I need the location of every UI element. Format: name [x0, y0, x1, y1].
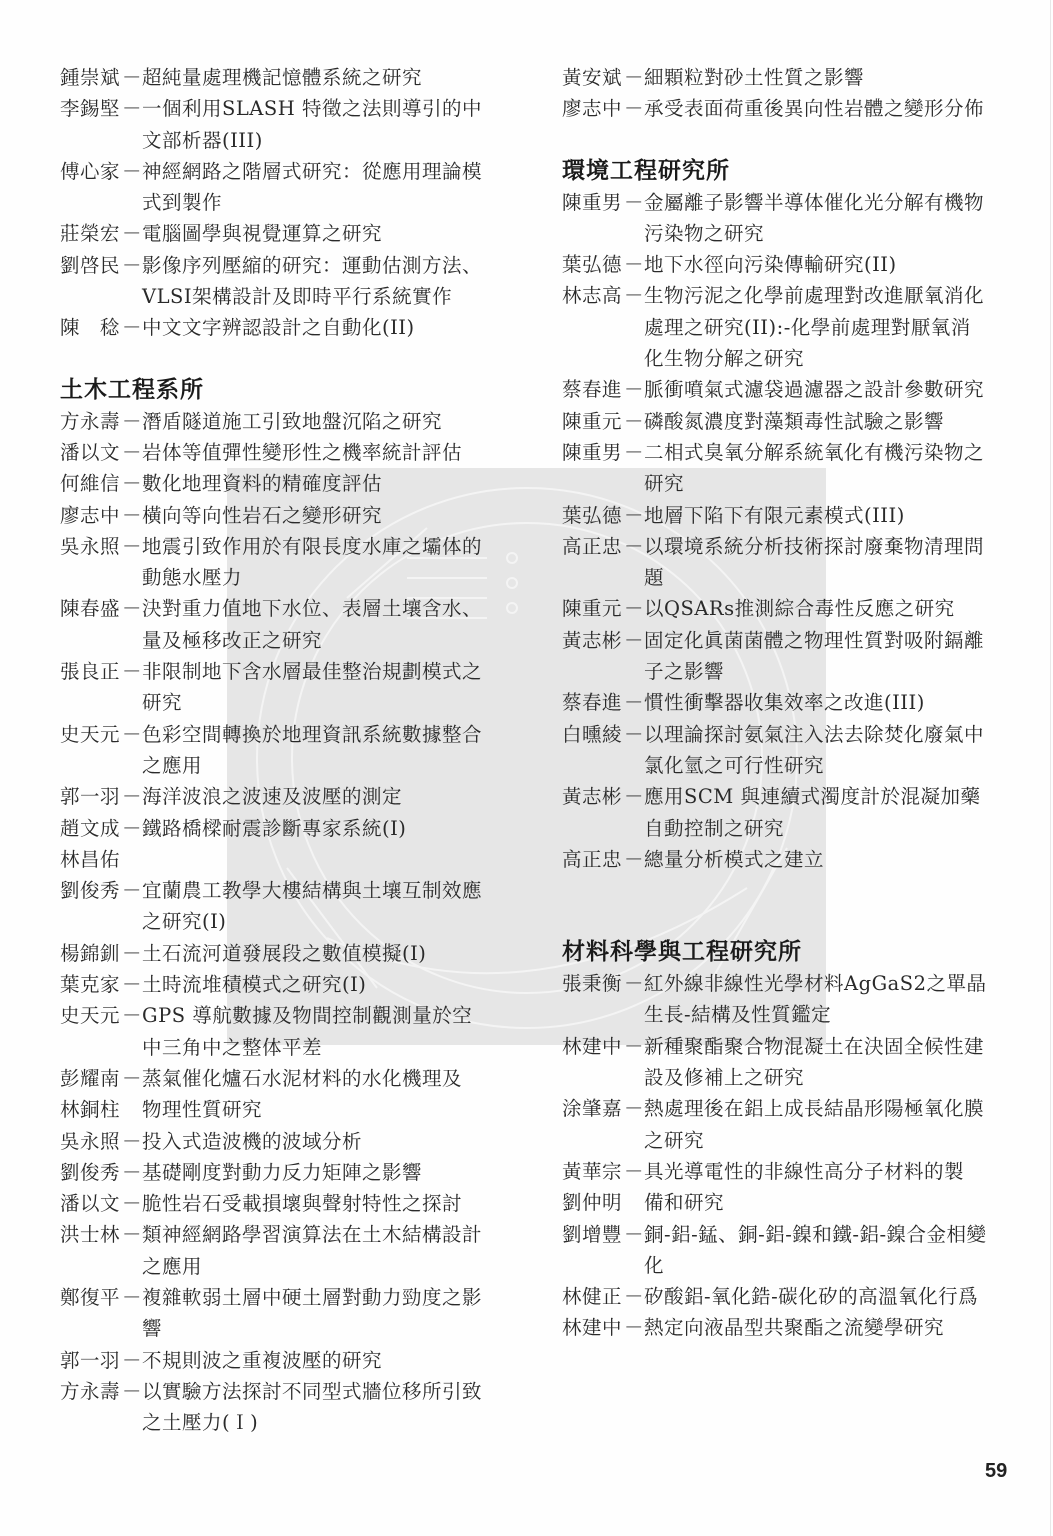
researcher-name: 莊榮宏 [60, 218, 122, 249]
list-item: 林建中－新種聚酯聚合物混凝土在決固全候性建設及修補上之研究 [562, 1031, 1002, 1094]
list-item: 陳重男－二相式臭氧分解系統氧化有機污染物之研究 [562, 437, 1002, 500]
researcher-name: 白曛綾 [562, 719, 624, 782]
project-title: 熱定向液晶型共聚酯之流變學研究 [644, 1312, 989, 1343]
separator-dash: － [122, 656, 142, 719]
separator-dash: － [624, 1219, 644, 1282]
researcher-name: 劉俊秀 [60, 875, 122, 938]
list-item: 李錫堅－一個利用SLASH 特徵之法則導引的中文部析器(III) [60, 93, 500, 156]
list-item: 鍾崇斌－超純量處理機記憶體系統之研究 [60, 62, 500, 93]
separator-dash: － [122, 500, 142, 531]
separator-dash: － [122, 719, 142, 782]
list-item: 陳重元－磷酸氮濃度對藻類毒性試驗之影響 [562, 406, 1002, 437]
project-title: 決對重力值地下水位、表層土壤含水、量及極移改正之研究 [142, 593, 487, 656]
project-title: 物理性質研究 [142, 1094, 487, 1125]
researcher-name: 吳永照 [60, 531, 122, 594]
separator-dash: － [122, 1376, 142, 1439]
separator-dash: － [122, 781, 142, 812]
separator-dash: － [122, 938, 142, 969]
list-item: 黃志彬－固定化眞菌菌體之物理性質對吸附鎘離子之影響 [562, 625, 1002, 688]
page-number: 59 [985, 1460, 1007, 1483]
separator-dash: － [624, 593, 644, 624]
separator-dash: － [624, 1093, 644, 1156]
project-title: 複雜軟弱土層中硬土層對動力勁度之影響 [142, 1282, 487, 1345]
project-title: 金屬離子影響半導体催化光分解有機物污染物之研究 [644, 187, 989, 250]
researcher-name: 高正忠 [562, 531, 624, 594]
list-item: 潘以文－岩体等值彈性變形性之機率統計評估 [60, 437, 500, 468]
project-title: 銅-鋁-錳、銅-鋁-鎳和鐵-鋁-鎳合金相變化 [644, 1219, 989, 1282]
researcher-name: 鄭復平 [60, 1282, 122, 1345]
separator-dash: － [122, 875, 142, 938]
researcher-name: 陳重男 [562, 187, 624, 250]
list-item: 莊榮宏－電腦圖學與視覺運算之研究 [60, 218, 500, 249]
project-title: 生物污泥之化學前處理對改進厭氧消化處理之研究(II):-化學前處理對厭氧消化生物… [644, 280, 989, 374]
list-item: 劉啓民－影像序列壓縮的研究：運動估測方法、VLSI架構設計及即時平行系統實作 [60, 250, 500, 313]
right-column: 黃安斌－細顆粒對砂土性質之影響廖志中－承受表面荷重後異向性岩體之變形分佈環境工程… [562, 62, 1002, 1344]
project-title: 磷酸氮濃度對藻類毒性試驗之影響 [644, 406, 989, 437]
researcher-name: 何維信 [60, 468, 122, 499]
spacer [562, 875, 1002, 937]
researcher-name: 鍾崇斌 [60, 62, 122, 93]
project-title: 具光導電性的非線性高分子材料的製 [644, 1156, 989, 1187]
project-title: 不規則波之重複波壓的研究 [142, 1345, 487, 1376]
separator-dash: － [122, 1000, 142, 1063]
researcher-name: 黃志彬 [562, 625, 624, 688]
list-item: 黃安斌－細顆粒對砂土性質之影響 [562, 62, 1002, 93]
separator-dash: － [624, 531, 644, 594]
researcher-name: 郭一羽 [60, 781, 122, 812]
separator-dash: － [624, 625, 644, 688]
researcher-name: 劉增豐 [562, 1219, 624, 1282]
section-heading: 材料科學與工程研究所 [562, 937, 1002, 968]
separator-dash: － [122, 1219, 142, 1282]
project-title: 宜蘭農工教學大樓結構與土壤互制效應之研究(I) [142, 875, 487, 938]
project-title: 慣性衝擊器收集效率之改進(III) [644, 687, 989, 718]
separator-dash: － [624, 62, 644, 93]
list-item: 陳 稔－中文文字辨認設計之自動化(II) [60, 312, 500, 343]
list-item: 張良正－非限制地下含水層最佳整治規劃模式之研究 [60, 656, 500, 719]
separator-dash: － [624, 374, 644, 405]
researcher-name: 高正忠 [562, 844, 624, 875]
separator-dash: － [122, 531, 142, 594]
list-item: 劉俊秀－基礎剛度對動力反力矩陣之影響 [60, 1157, 500, 1188]
separator-dash: － [122, 62, 142, 93]
list-item: 劉仲明備和研究 [562, 1187, 1002, 1218]
separator-dash: － [624, 249, 644, 280]
separator-dash: － [122, 218, 142, 249]
separator-dash: － [624, 687, 644, 718]
separator-dash: － [122, 1188, 142, 1219]
researcher-name: 洪士林 [60, 1219, 122, 1282]
separator-dash [122, 844, 142, 875]
researcher-name: 林志高 [562, 280, 624, 374]
spacer [60, 344, 500, 375]
researcher-name: 葉弘德 [562, 249, 624, 280]
separator-dash: － [122, 1063, 142, 1094]
list-item: 劉俊秀－宜蘭農工教學大樓結構與土壤互制效應之研究(I) [60, 875, 500, 938]
project-title: 總量分析模式之建立 [644, 844, 989, 875]
researcher-name: 吳永照 [60, 1126, 122, 1157]
researcher-name: 黃華宗 [562, 1156, 624, 1187]
researcher-name: 張秉衡 [562, 968, 624, 1031]
list-item: 楊錦釧－土石流河道發展段之數值模擬(I) [60, 938, 500, 969]
project-title: 電腦圖學與視覺運算之研究 [142, 218, 487, 249]
list-item: 吳永照－投入式造波機的波域分析 [60, 1126, 500, 1157]
researcher-name: 劉啓民 [60, 250, 122, 313]
list-item: 趙文成－鐵路橋樑耐震診斷專家系統(I) [60, 813, 500, 844]
researcher-name: 潘以文 [60, 1188, 122, 1219]
project-title: 蒸氣催化爐石水泥材料的水化機理及 [142, 1063, 487, 1094]
project-title: 神經網路之階層式研究：從應用理論模式到製作 [142, 156, 487, 219]
list-item: 彭耀南－蒸氣催化爐石水泥材料的水化機理及 [60, 1063, 500, 1094]
separator-dash: － [624, 187, 644, 250]
project-title: 影像序列壓縮的研究：運動估測方法、VLSI架構設計及即時平行系統實作 [142, 250, 487, 313]
researcher-name: 蔡春進 [562, 687, 624, 718]
list-item: 林健正－矽酸鋁-氧化鋯-碳化矽的高溫氧化行爲 [562, 1281, 1002, 1312]
list-item: 方永壽－潛盾隧道施工引致地盤沉陷之研究 [60, 406, 500, 437]
list-item: 吳永照－地震引致作用於有限長度水庫之壩体的動態水壓力 [60, 531, 500, 594]
list-item: 高正忠－總量分析模式之建立 [562, 844, 1002, 875]
researcher-name: 史天元 [60, 1000, 122, 1063]
researcher-name: 葉弘德 [562, 500, 624, 531]
researcher-name: 劉仲明 [562, 1187, 624, 1218]
researcher-name: 楊錦釧 [60, 938, 122, 969]
project-title: 一個利用SLASH 特徵之法則導引的中文部析器(III) [142, 93, 487, 156]
researcher-name: 史天元 [60, 719, 122, 782]
project-title: 地層下陷下有限元素模式(III) [644, 500, 989, 531]
researcher-name: 陳春盛 [60, 593, 122, 656]
list-item: 蔡春進－慣性衝擊器收集效率之改進(III) [562, 687, 1002, 718]
project-title: 固定化眞菌菌體之物理性質對吸附鎘離子之影響 [644, 625, 989, 688]
list-item: 廖志中－承受表面荷重後異向性岩體之變形分佈 [562, 93, 1002, 124]
project-title: 備和研究 [644, 1187, 989, 1218]
project-title: 中文文字辨認設計之自動化(II) [142, 312, 487, 343]
researcher-name: 廖志中 [562, 93, 624, 124]
separator-dash: － [624, 1031, 644, 1094]
project-title: 承受表面荷重後異向性岩體之變形分佈 [644, 93, 989, 124]
separator-dash: － [122, 156, 142, 219]
project-title: 新種聚酯聚合物混凝土在決固全候性建設及修補上之研究 [644, 1031, 989, 1094]
separator-dash: － [624, 500, 644, 531]
separator-dash: － [122, 93, 142, 156]
project-title: 土時流堆積模式之研究(I) [142, 969, 487, 1000]
researcher-name: 方永壽 [60, 406, 122, 437]
project-title: 潛盾隧道施工引致地盤沉陷之研究 [142, 406, 487, 437]
separator-dash [122, 1094, 142, 1125]
list-item: 林建中－熱定向液晶型共聚酯之流變學研究 [562, 1312, 1002, 1343]
project-title: 脈衝噴氣式濾袋過濾器之設計參數研究 [644, 374, 989, 405]
separator-dash: － [122, 1282, 142, 1345]
researcher-name: 潘以文 [60, 437, 122, 468]
researcher-name: 郭一羽 [60, 1345, 122, 1376]
list-item: 葉弘德－地下水徑向污染傳輸研究(II) [562, 249, 1002, 280]
project-title: 基礎剛度對動力反力矩陣之影響 [142, 1157, 487, 1188]
researcher-name: 張良正 [60, 656, 122, 719]
project-title: 海洋波浪之波速及波壓的測定 [142, 781, 487, 812]
list-item: 高正忠－以環境系統分析技術探討廢棄物清理問題 [562, 531, 1002, 594]
separator-dash: － [624, 719, 644, 782]
project-title: 投入式造波機的波域分析 [142, 1126, 487, 1157]
list-item: 林銅柱物理性質研究 [60, 1094, 500, 1125]
project-title: 矽酸鋁-氧化鋯-碳化矽的高溫氧化行爲 [644, 1281, 989, 1312]
separator-dash: － [122, 1157, 142, 1188]
list-item: 廖志中－橫向等向性岩石之變形研究 [60, 500, 500, 531]
separator-dash: － [122, 468, 142, 499]
project-title: 類神經網路學習演算法在土木結構設計之應用 [142, 1219, 487, 1282]
project-title [142, 844, 487, 875]
list-item: 葉克家－土時流堆積模式之研究(I) [60, 969, 500, 1000]
project-title: 鐵路橋樑耐震診斷專家系統(I) [142, 813, 487, 844]
list-item: 陳春盛－決對重力值地下水位、表層土壤含水、量及極移改正之研究 [60, 593, 500, 656]
researcher-name: 劉俊秀 [60, 1157, 122, 1188]
separator-dash: － [122, 312, 142, 343]
researcher-name: 林昌佑 [60, 844, 122, 875]
separator-dash: － [122, 406, 142, 437]
list-item: 張秉衡－紅外線非線性光學材料AgGaS2之單晶生長-結構及性質鑑定 [562, 968, 1002, 1031]
list-item: 葉弘德－地層下陷下有限元素模式(III) [562, 500, 1002, 531]
researcher-name: 林建中 [562, 1031, 624, 1094]
separator-dash [624, 1187, 644, 1218]
separator-dash: － [624, 1312, 644, 1343]
project-title: 土石流河道發展段之數值模擬(I) [142, 938, 487, 969]
researcher-name: 彭耀南 [60, 1063, 122, 1094]
project-title: 以環境系統分析技術探討廢棄物清理問題 [644, 531, 989, 594]
project-title: 以理論探討氨氣注入法去除焚化廢氣中氯化氫之可行性研究 [644, 719, 989, 782]
separator-dash: － [624, 1281, 644, 1312]
researcher-name: 方永壽 [60, 1376, 122, 1439]
spacer [562, 125, 1002, 156]
list-item: 林志高－生物污泥之化學前處理對改進厭氧消化處理之研究(II):-化學前處理對厭氧… [562, 280, 1002, 374]
project-title: 以QSARs推測綜合毒性反應之研究 [644, 593, 989, 624]
list-item: 陳重男－金屬離子影響半導体催化光分解有機物污染物之研究 [562, 187, 1002, 250]
separator-dash: － [122, 593, 142, 656]
separator-dash: － [624, 781, 644, 844]
list-item: 史天元－色彩空間轉換於地理資訊系統數據整合之應用 [60, 719, 500, 782]
list-item: 鄭復平－複雜軟弱土層中硬土層對動力勁度之影響 [60, 1282, 500, 1345]
list-item: 郭一羽－海洋波浪之波速及波壓的測定 [60, 781, 500, 812]
list-item: 劉增豐－銅-鋁-錳、銅-鋁-鎳和鐵-鋁-鎳合金相變化 [562, 1219, 1002, 1282]
project-title: 脆性岩石受載損壞與聲射特性之探討 [142, 1188, 487, 1219]
left-column: 鍾崇斌－超純量處理機記憶體系統之研究李錫堅－一個利用SLASH 特徵之法則導引的… [60, 62, 500, 1438]
researcher-name: 林銅柱 [60, 1094, 122, 1125]
researcher-name: 李錫堅 [60, 93, 122, 156]
researcher-name: 林健正 [562, 1281, 624, 1312]
list-item: 方永壽－以實驗方法探討不同型式牆位移所引致之土壓力(Ｉ) [60, 1376, 500, 1439]
researcher-name: 陳重男 [562, 437, 624, 500]
separator-dash: － [624, 93, 644, 124]
project-title: 熱處理後在鋁上成長結晶形陽極氧化膜之研究 [644, 1093, 989, 1156]
list-item: 陳重元－以QSARs推測綜合毒性反應之研究 [562, 593, 1002, 624]
project-title: 色彩空間轉換於地理資訊系統數據整合之應用 [142, 719, 487, 782]
list-item: 黃華宗－具光導電性的非線性高分子材料的製 [562, 1156, 1002, 1187]
project-title: 超純量處理機記憶體系統之研究 [142, 62, 487, 93]
list-item: 洪士林－類神經網路學習演算法在土木結構設計之應用 [60, 1219, 500, 1282]
separator-dash: － [122, 969, 142, 1000]
separator-dash: － [122, 813, 142, 844]
researcher-name: 林建中 [562, 1312, 624, 1343]
project-title: 應用SCM 與連續式濁度計於混凝加藥自動控制之研究 [644, 781, 989, 844]
separator-dash: － [122, 250, 142, 313]
project-title: 地下水徑向污染傳輸研究(II) [644, 249, 989, 280]
list-item: 潘以文－脆性岩石受載損壞與聲射特性之探討 [60, 1188, 500, 1219]
list-item: 郭一羽－不規則波之重複波壓的研究 [60, 1345, 500, 1376]
researcher-name: 趙文成 [60, 813, 122, 844]
list-item: 黃志彬－應用SCM 與連續式濁度計於混凝加藥自動控制之研究 [562, 781, 1002, 844]
project-title: 岩体等值彈性變形性之機率統計評估 [142, 437, 487, 468]
project-title: 地震引致作用於有限長度水庫之壩体的動態水壓力 [142, 531, 487, 594]
separator-dash: － [624, 406, 644, 437]
researcher-name: 陳重元 [562, 593, 624, 624]
separator-dash: － [624, 844, 644, 875]
project-title: 紅外線非線性光學材料AgGaS2之單晶生長-結構及性質鑑定 [644, 968, 989, 1031]
researcher-name: 涂肇嘉 [562, 1093, 624, 1156]
separator-dash: － [624, 437, 644, 500]
list-item: 蔡春進－脈衝噴氣式濾袋過濾器之設計參數研究 [562, 374, 1002, 405]
section-heading: 土木工程系所 [60, 375, 500, 406]
project-title: GPS 導航數據及物間控制觀測量於空中三角中之整体平差 [142, 1000, 487, 1063]
researcher-name: 陳 稔 [60, 312, 122, 343]
researcher-name: 黃志彬 [562, 781, 624, 844]
project-title: 二相式臭氧分解系統氧化有機污染物之研究 [644, 437, 989, 500]
project-title: 數化地理資料的精確度評估 [142, 468, 487, 499]
list-item: 何維信－數化地理資料的精確度評估 [60, 468, 500, 499]
separator-dash: － [624, 280, 644, 374]
list-item: 史天元－GPS 導航數據及物間控制觀測量於空中三角中之整体平差 [60, 1000, 500, 1063]
page-edge [1050, 0, 1051, 1536]
separator-dash: － [624, 968, 644, 1031]
researcher-name: 傅心家 [60, 156, 122, 219]
project-title: 以實驗方法探討不同型式牆位移所引致之土壓力(Ｉ) [142, 1376, 487, 1439]
list-item: 傅心家－神經網路之階層式研究：從應用理論模式到製作 [60, 156, 500, 219]
project-title: 細顆粒對砂土性質之影響 [644, 62, 989, 93]
list-item: 林昌佑 [60, 844, 500, 875]
researcher-name: 黃安斌 [562, 62, 624, 93]
project-title: 橫向等向性岩石之變形研究 [142, 500, 487, 531]
list-item: 涂肇嘉－熱處理後在鋁上成長結晶形陽極氧化膜之研究 [562, 1093, 1002, 1156]
researcher-name: 蔡春進 [562, 374, 624, 405]
list-item: 白曛綾－以理論探討氨氣注入法去除焚化廢氣中氯化氫之可行性研究 [562, 719, 1002, 782]
separator-dash: － [122, 1345, 142, 1376]
separator-dash: － [122, 1126, 142, 1157]
project-title: 非限制地下含水層最佳整治規劃模式之研究 [142, 656, 487, 719]
section-heading: 環境工程研究所 [562, 156, 1002, 187]
separator-dash: － [122, 437, 142, 468]
separator-dash: － [624, 1156, 644, 1187]
researcher-name: 廖志中 [60, 500, 122, 531]
researcher-name: 葉克家 [60, 969, 122, 1000]
researcher-name: 陳重元 [562, 406, 624, 437]
